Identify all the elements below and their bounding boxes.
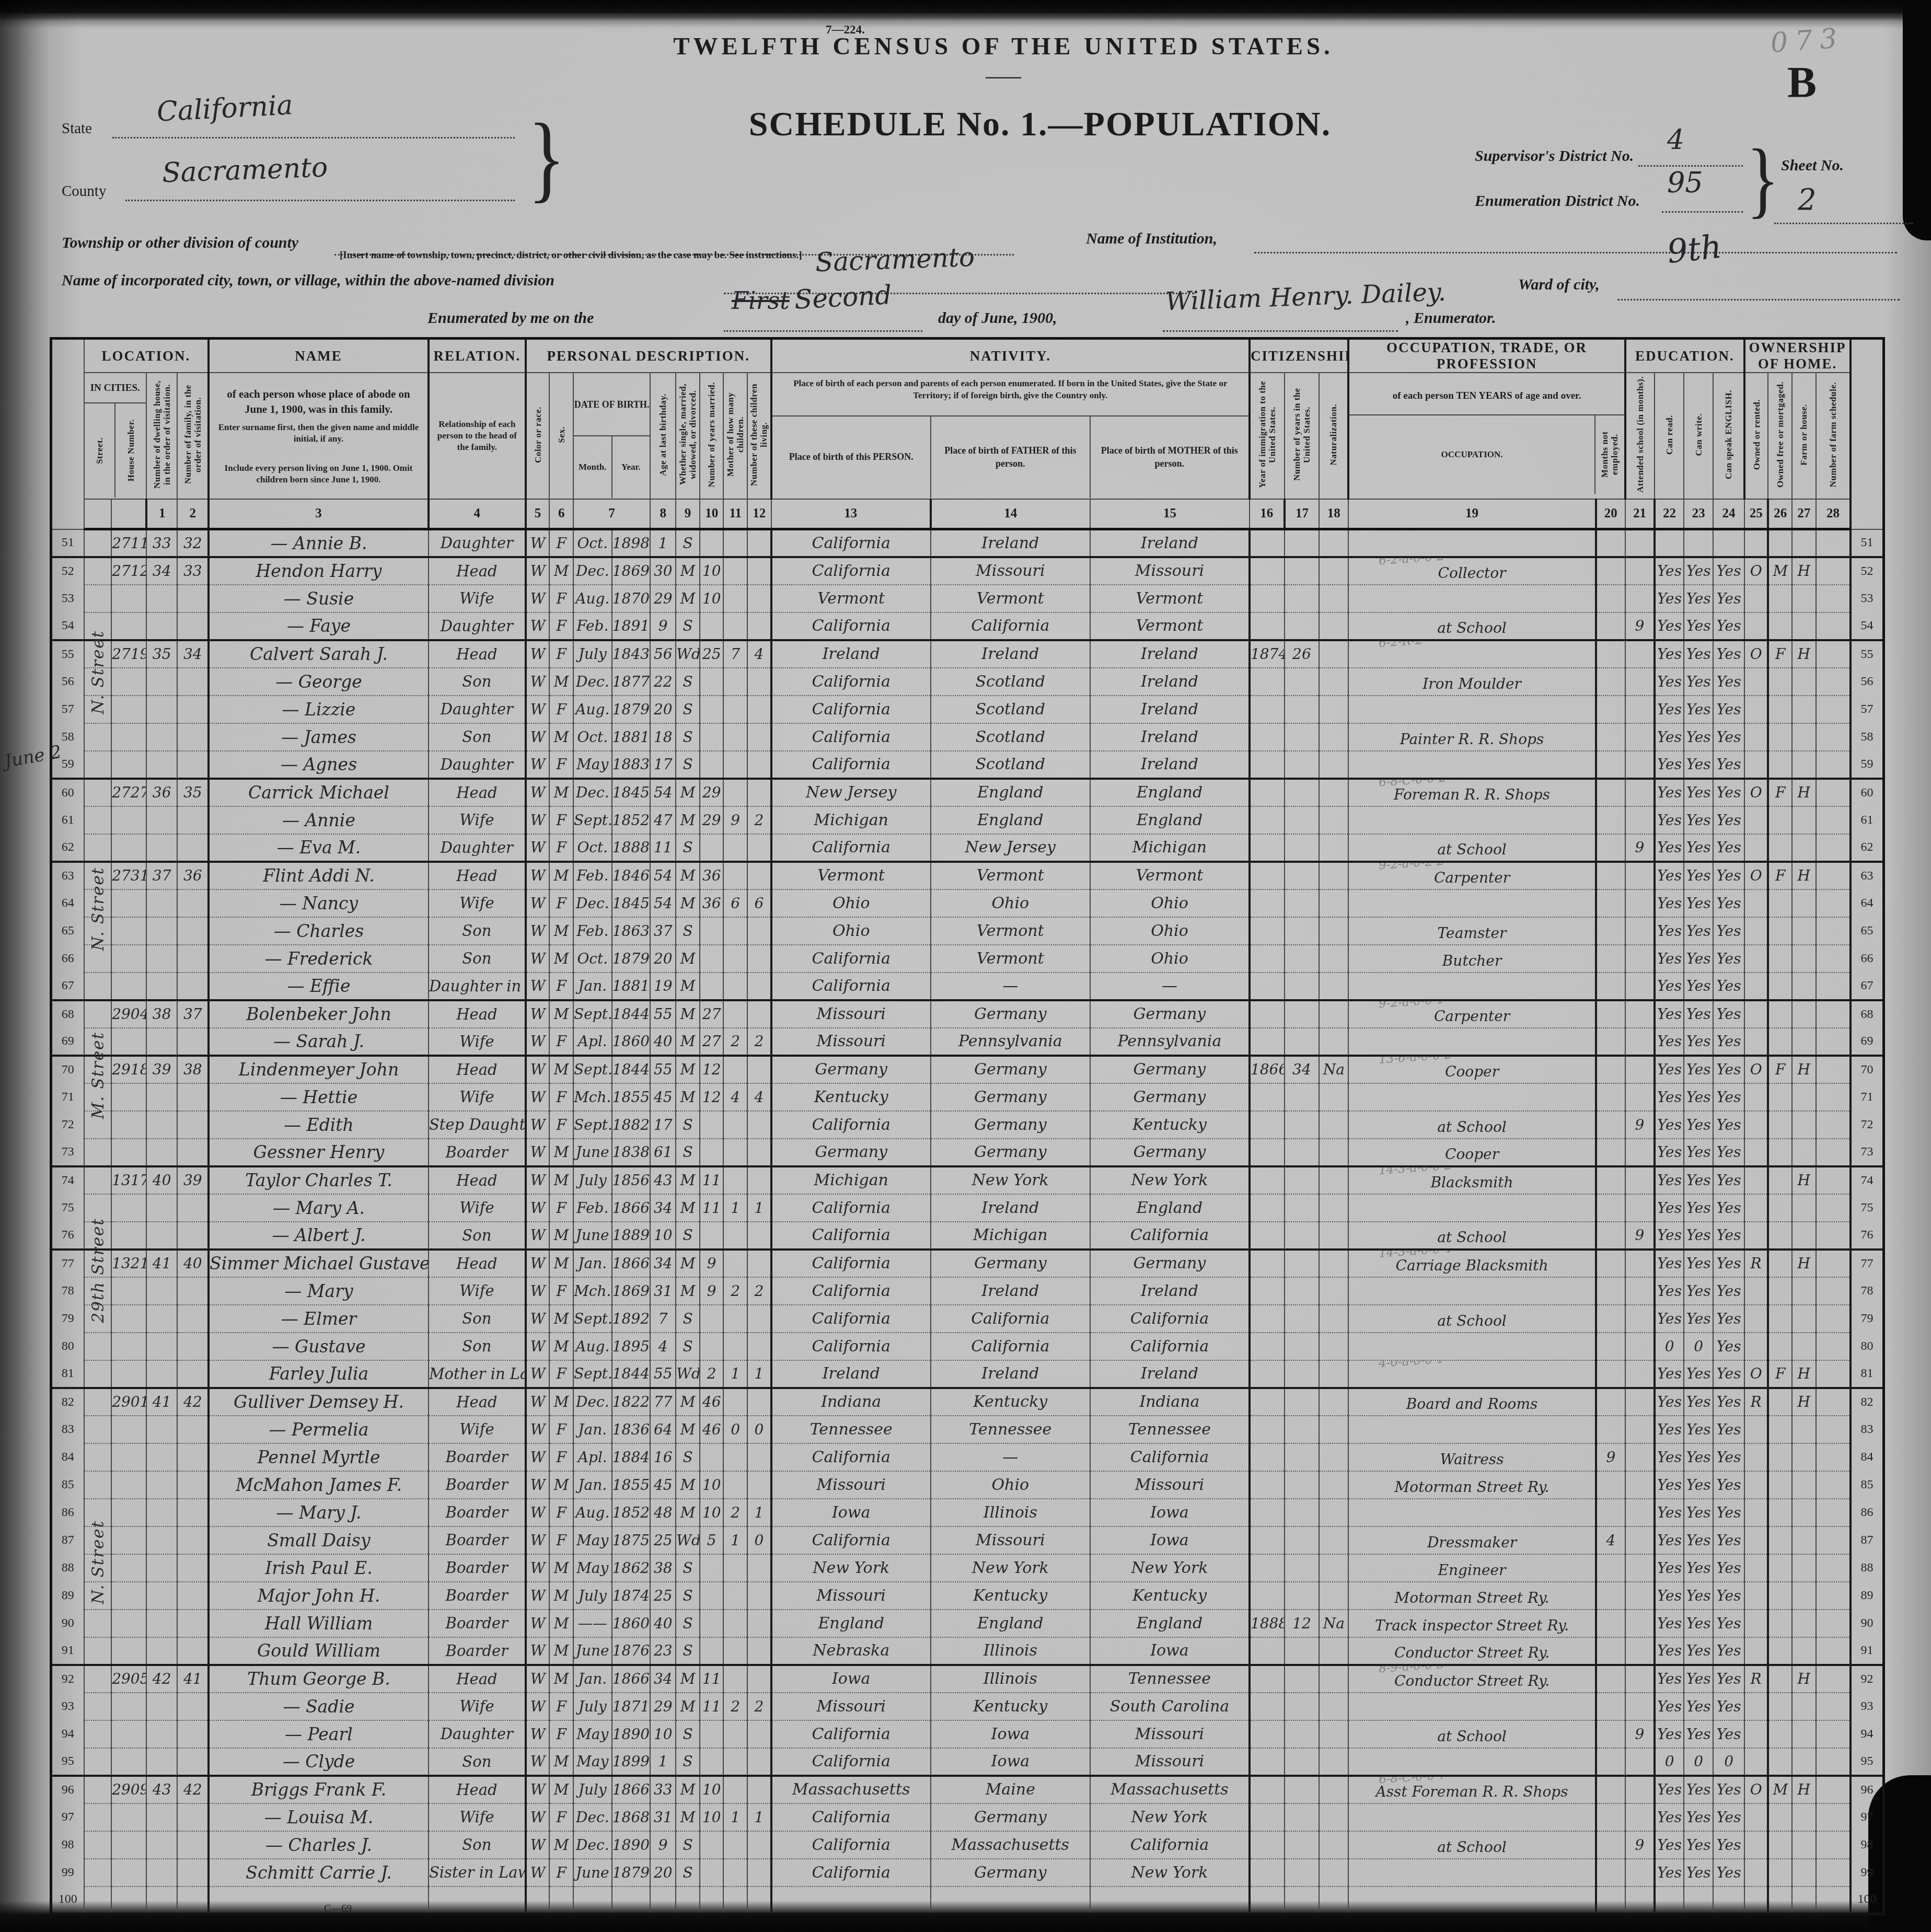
cell-naturalization bbox=[1319, 585, 1348, 612]
cell-occupation bbox=[1348, 973, 1595, 1000]
col-relation-desc: Relationship of each person to the head … bbox=[429, 373, 526, 499]
cell-pob-father: Illinois bbox=[931, 1665, 1090, 1693]
cell-imm-year bbox=[1250, 1305, 1285, 1333]
cell-owned-rented: R bbox=[1744, 1665, 1768, 1693]
cell-naturalization bbox=[1319, 917, 1348, 945]
cell-birth-year: 1868 bbox=[612, 1803, 651, 1831]
cell-birth-month: Apl. bbox=[573, 1443, 612, 1471]
col-farm-schedule: Number of farm schedule. bbox=[1816, 373, 1851, 499]
cell-years-us bbox=[1285, 612, 1320, 640]
cell-owned-rented bbox=[1744, 1443, 1768, 1471]
cell-mother-of bbox=[723, 1471, 747, 1499]
row-number: 88 bbox=[1851, 1554, 1883, 1582]
cell-farm-house bbox=[1792, 945, 1816, 973]
cell-school-months bbox=[1625, 1526, 1655, 1554]
cell-occupation bbox=[1348, 1859, 1595, 1887]
cell-months-not-employed bbox=[1596, 612, 1625, 640]
cell-imm-year bbox=[1250, 1554, 1285, 1582]
cell-family: 42 bbox=[177, 1388, 209, 1416]
enumerator-label: , Enumerator. bbox=[1406, 309, 1496, 327]
person-row: 69— Sarah J.WifeWFApl.186040M2722Missour… bbox=[51, 1028, 1884, 1056]
cell-age: 64 bbox=[650, 1416, 676, 1443]
cell-pob-person: Germany bbox=[771, 1056, 931, 1083]
city-label: Name of incorporated city, town, or vill… bbox=[62, 272, 554, 290]
cell-marital: S bbox=[676, 1720, 700, 1748]
pencil-code: 6-2-R-2 bbox=[1378, 640, 1423, 650]
cell-name: Small Daisy bbox=[209, 1526, 429, 1554]
cell-birth-year: 1856 bbox=[612, 1166, 651, 1194]
cell-relation: Son bbox=[429, 945, 526, 973]
cell-years-married bbox=[700, 612, 724, 640]
cell-sex: F bbox=[549, 1693, 573, 1720]
cell-pob-person: Nebraska bbox=[771, 1637, 931, 1665]
cell-pob-person: California bbox=[771, 557, 931, 585]
cell-birth-month: Sept. bbox=[573, 1056, 612, 1083]
cell-farm-schedule bbox=[1816, 1720, 1851, 1748]
cell-farm-house bbox=[1792, 1139, 1816, 1166]
cell-imm-year: 1888 bbox=[1250, 1610, 1285, 1637]
row-number: 59 bbox=[1851, 751, 1883, 779]
cell-mother-of bbox=[723, 723, 747, 751]
person-row: 73Gessner HenryBoarderWMJune183861SGerma… bbox=[51, 1139, 1884, 1166]
cell-street bbox=[84, 779, 112, 806]
cell-age: 43 bbox=[650, 1166, 676, 1194]
column-number: 26 bbox=[1768, 499, 1792, 529]
cell-children-living bbox=[747, 945, 771, 973]
row-number: 93 bbox=[1851, 1693, 1883, 1720]
cell-years-us bbox=[1285, 1693, 1320, 1720]
cell-house bbox=[111, 1360, 146, 1388]
cell-marital: Wd bbox=[676, 1360, 700, 1388]
cell-name: Pennel Myrtle bbox=[209, 1443, 429, 1471]
row-number: 81 bbox=[1851, 1360, 1883, 1388]
cell-name: — Hettie bbox=[209, 1083, 429, 1111]
cell-naturalization bbox=[1319, 557, 1348, 585]
cell-children-living bbox=[747, 1388, 771, 1416]
row-number: 89 bbox=[51, 1582, 84, 1610]
person-row: 66— FrederickSonWMOct.187920MCaliforniaV… bbox=[51, 945, 1884, 973]
cell-can-read: Yes bbox=[1655, 1582, 1684, 1610]
cell-occupation: at School bbox=[1348, 1222, 1595, 1250]
cell-can-english: Yes bbox=[1713, 1166, 1744, 1194]
cell-age: 1 bbox=[650, 529, 676, 557]
cell-can-english: Yes bbox=[1713, 1499, 1744, 1526]
cell-marital: S bbox=[676, 917, 700, 945]
cell-owned-rented bbox=[1744, 1083, 1768, 1111]
cell-owned-rented bbox=[1744, 1000, 1768, 1028]
cell-imm-year bbox=[1250, 529, 1285, 557]
cell-can-write: Yes bbox=[1684, 1416, 1713, 1443]
cell-age: 34 bbox=[650, 1250, 676, 1277]
cell-dwelling bbox=[146, 917, 178, 945]
cell-mother-of bbox=[723, 1443, 747, 1471]
cell-marital: M bbox=[676, 585, 700, 612]
cell-pob-person: Ohio bbox=[771, 917, 931, 945]
cell-color: W bbox=[526, 1859, 550, 1887]
person-row: 87Small DaisyBoarderWFMay187525Wd510Cali… bbox=[51, 1526, 1884, 1554]
cell-relation: Wife bbox=[429, 889, 526, 917]
row-number: 68 bbox=[1851, 1000, 1883, 1028]
row-number: 57 bbox=[1851, 696, 1883, 723]
cell-years-us bbox=[1285, 1443, 1320, 1471]
cell-pob-person: Missouri bbox=[771, 1000, 931, 1028]
cell-children-living: 0 bbox=[747, 1416, 771, 1443]
cell-can-english: Yes bbox=[1713, 1416, 1744, 1443]
cell-farm-house bbox=[1792, 1693, 1816, 1720]
group-nativity: NATIVITY. bbox=[771, 339, 1250, 373]
cell-sex: M bbox=[549, 1582, 573, 1610]
cell-relation: Head bbox=[429, 1250, 526, 1277]
cell-school-months bbox=[1625, 557, 1655, 585]
cell-color: W bbox=[526, 973, 550, 1000]
cell-house bbox=[111, 1526, 146, 1554]
cell-children-living: 0 bbox=[747, 1526, 771, 1554]
cell-pob-father: Ohio bbox=[931, 889, 1090, 917]
cell-can-english: Yes bbox=[1713, 1554, 1744, 1582]
cell-can-read: Yes bbox=[1655, 1194, 1684, 1222]
cell-street bbox=[84, 1748, 112, 1776]
cell-pob-mother: Germany bbox=[1090, 1139, 1250, 1166]
cell-dwelling: 38 bbox=[146, 1000, 178, 1028]
cell-family bbox=[177, 1859, 209, 1887]
cell-relation: Head bbox=[429, 862, 526, 889]
cell-family: 36 bbox=[177, 862, 209, 889]
cell-family bbox=[177, 1111, 209, 1139]
cell-occupation: Teamster bbox=[1348, 917, 1595, 945]
cell-dwelling: 33 bbox=[146, 529, 178, 557]
cell-months-not-employed bbox=[1596, 1166, 1625, 1194]
cell-farm-schedule bbox=[1816, 1554, 1851, 1582]
cell-months-not-employed bbox=[1596, 1388, 1625, 1416]
cell-owned-rented bbox=[1744, 1471, 1768, 1499]
cell-farm-house bbox=[1792, 1083, 1816, 1111]
cell-dwelling bbox=[146, 1803, 178, 1831]
cell-naturalization bbox=[1319, 1693, 1348, 1720]
cell-age: 18 bbox=[650, 723, 676, 751]
col-pob-father: Place of birth of FATHER of this person. bbox=[930, 417, 1089, 498]
cell-house bbox=[111, 806, 146, 834]
cell-can-write: 0 bbox=[1684, 1333, 1713, 1360]
cell-years-us bbox=[1285, 1111, 1320, 1139]
cell-years-married: 5 bbox=[700, 1526, 724, 1554]
cell-dwelling bbox=[146, 1360, 178, 1388]
cell-can-english: Yes bbox=[1713, 585, 1744, 612]
cell-years-married: 11 bbox=[700, 1665, 724, 1693]
cell-age: 55 bbox=[650, 1056, 676, 1083]
cell-years-married bbox=[700, 1887, 724, 1914]
cell-dwelling bbox=[146, 668, 178, 696]
row-number: 69 bbox=[51, 1028, 84, 1056]
cell-dwelling bbox=[146, 585, 178, 612]
cell-imm-year bbox=[1250, 1388, 1285, 1416]
row-number: 61 bbox=[51, 806, 84, 834]
cell-can-write: Yes bbox=[1684, 806, 1713, 834]
cell-can-write: Yes bbox=[1684, 1083, 1713, 1111]
cell-months-not-employed bbox=[1596, 889, 1625, 917]
cell-farm-house: H bbox=[1792, 1166, 1816, 1194]
cell-farm-house bbox=[1792, 612, 1816, 640]
cell-occupation: 4-0-a-0-0-1 bbox=[1348, 1360, 1595, 1388]
row-number: 95 bbox=[1851, 1748, 1883, 1776]
cell-children-living: 2 bbox=[747, 1028, 771, 1056]
person-row: 65— CharlesSonWMFeb.186337SOhioVermontOh… bbox=[51, 917, 1884, 945]
page-letter: B bbox=[1787, 57, 1817, 108]
cell-school-months bbox=[1625, 779, 1655, 806]
cell-school-months bbox=[1625, 1803, 1655, 1831]
cell-dwelling bbox=[146, 1443, 178, 1471]
row-number: 85 bbox=[1851, 1471, 1883, 1499]
cell-can-english: Yes bbox=[1713, 1471, 1744, 1499]
cell-birth-month: July bbox=[573, 1582, 612, 1610]
cell-can-read: Yes bbox=[1655, 806, 1684, 834]
cell-free-mortgaged bbox=[1768, 1637, 1792, 1665]
cell-pob-mother: England bbox=[1090, 1610, 1250, 1637]
cell-farm-schedule bbox=[1816, 1637, 1851, 1665]
col-age: Age at last birthday. bbox=[650, 373, 676, 499]
person-row: 7029183938Lindenmeyer JohnHeadWMSept.184… bbox=[51, 1056, 1884, 1083]
cell-birth-year: 1836 bbox=[612, 1416, 651, 1443]
cell-sex: M bbox=[549, 1388, 573, 1416]
cell-dwelling bbox=[146, 889, 178, 917]
cell-birth-year: 1879 bbox=[612, 1859, 651, 1887]
cell-free-mortgaged: F bbox=[1768, 779, 1792, 806]
cell-can-english: Yes bbox=[1713, 612, 1744, 640]
cell-can-read: Yes bbox=[1655, 1526, 1684, 1554]
cell-pob-father: — bbox=[931, 1443, 1090, 1471]
cell-occupation bbox=[1348, 1194, 1595, 1222]
row-number: 68 bbox=[51, 1000, 84, 1028]
row-number: 84 bbox=[51, 1443, 84, 1471]
cell-children-living bbox=[747, 1859, 771, 1887]
cell-naturalization bbox=[1319, 1748, 1348, 1776]
cell-pob-mother: California bbox=[1090, 1443, 1250, 1471]
cell-farm-house: H bbox=[1792, 1250, 1816, 1277]
cell-free-mortgaged bbox=[1768, 1166, 1792, 1194]
cell-pob-father: California bbox=[931, 1305, 1090, 1333]
ward-line bbox=[1617, 286, 1900, 300]
cell-occupation: at School bbox=[1348, 834, 1595, 862]
cell-street bbox=[84, 1859, 112, 1887]
cell-free-mortgaged bbox=[1768, 1803, 1792, 1831]
cell-can-write: Yes bbox=[1684, 834, 1713, 862]
cell-marital: M bbox=[676, 1028, 700, 1056]
cell-dwelling: 35 bbox=[146, 640, 178, 668]
cell-pob-mother: England bbox=[1090, 1194, 1250, 1222]
cell-owned-rented: R bbox=[1744, 1388, 1768, 1416]
cell-dwelling bbox=[146, 1111, 178, 1139]
cell-relation: Boarder bbox=[429, 1526, 526, 1554]
cell-months-not-employed bbox=[1596, 1056, 1625, 1083]
cell-years-us bbox=[1285, 1388, 1320, 1416]
cell-free-mortgaged bbox=[1768, 834, 1792, 862]
cell-occupation: at School bbox=[1348, 1111, 1595, 1139]
cell-street bbox=[84, 1831, 112, 1859]
cell-farm-house bbox=[1792, 1028, 1816, 1056]
township-label: Township or other division of county bbox=[62, 234, 298, 252]
cell-color: W bbox=[526, 1471, 550, 1499]
institution-label: Name of Institution, bbox=[1086, 230, 1217, 248]
cell-naturalization bbox=[1319, 834, 1348, 862]
cell-birth-year: 1863 bbox=[612, 917, 651, 945]
cell-family bbox=[177, 1693, 209, 1720]
cell-can-read: Yes bbox=[1655, 585, 1684, 612]
cell-marital: M bbox=[676, 1277, 700, 1305]
cell-occupation bbox=[1348, 585, 1595, 612]
cell-dwelling: 42 bbox=[146, 1665, 178, 1693]
cell-age: 25 bbox=[650, 1526, 676, 1554]
cell-pob-father: Ireland bbox=[931, 1277, 1090, 1305]
cell-occupation bbox=[1348, 806, 1595, 834]
cell-owned-rented bbox=[1744, 1111, 1768, 1139]
cell-pob-person: California bbox=[771, 1333, 931, 1360]
cell-can-read: Yes bbox=[1655, 1305, 1684, 1333]
cell-house bbox=[111, 723, 146, 751]
cell-occupation: 14-3-a-0-0-4Carriage Blacksmith bbox=[1348, 1250, 1595, 1277]
cell-can-english: Yes bbox=[1713, 668, 1744, 696]
cell-pob-person: California bbox=[771, 1222, 931, 1250]
cell-years-us bbox=[1285, 1526, 1320, 1554]
cell-age: 56 bbox=[650, 640, 676, 668]
cell-dwelling bbox=[146, 806, 178, 834]
cell-mother-of bbox=[723, 1554, 747, 1582]
cell-school-months bbox=[1625, 1776, 1655, 1803]
cell-name: Thum George B. bbox=[209, 1665, 429, 1693]
cell-farm-house bbox=[1792, 1443, 1816, 1471]
cell-pob-father: Ireland bbox=[931, 1360, 1090, 1388]
cell-mother-of bbox=[723, 1139, 747, 1166]
cell-can-read: Yes bbox=[1655, 640, 1684, 668]
cell-marital: S bbox=[676, 1582, 700, 1610]
cell-pob-father: New Jersey bbox=[931, 834, 1090, 862]
cell-can-english: Yes bbox=[1713, 1803, 1744, 1831]
cell-farm-schedule bbox=[1816, 1776, 1851, 1803]
cell-farm-house bbox=[1792, 917, 1816, 945]
cell-birth-month: Aug. bbox=[573, 1499, 612, 1526]
cell-months-not-employed bbox=[1596, 1305, 1625, 1333]
cell-can-english: Yes bbox=[1713, 1111, 1744, 1139]
cell-school-months bbox=[1625, 1748, 1655, 1776]
cell-owned-rented bbox=[1744, 751, 1768, 779]
row-number: 80 bbox=[1851, 1333, 1883, 1360]
cell-mother-of bbox=[723, 557, 747, 585]
cell-pob-father: Germany bbox=[931, 1111, 1090, 1139]
row-number: 51 bbox=[51, 529, 84, 557]
cell-marital: S bbox=[676, 1333, 700, 1360]
row-number: 54 bbox=[1851, 612, 1883, 640]
cell-naturalization: Na bbox=[1319, 1056, 1348, 1083]
cell-occupation: Dressmaker bbox=[1348, 1526, 1595, 1554]
column-number: 17 bbox=[1285, 499, 1320, 529]
cell-pob-person bbox=[771, 1887, 931, 1914]
cell-family: 39 bbox=[177, 1166, 209, 1194]
cell-marital: S bbox=[676, 723, 700, 751]
person-row: 6829043837Bolenbeker JohnHeadWMSept.1844… bbox=[51, 1000, 1884, 1028]
cell-owned-rented bbox=[1744, 1720, 1768, 1748]
cell-marital: S bbox=[676, 1859, 700, 1887]
cell-age: 10 bbox=[650, 1720, 676, 1748]
row-number: 78 bbox=[51, 1277, 84, 1305]
cell-dwelling: 34 bbox=[146, 557, 178, 585]
cell-occupation bbox=[1348, 1748, 1595, 1776]
cell-birth-year: 1890 bbox=[612, 1720, 651, 1748]
cell-pob-mother: Ireland bbox=[1090, 640, 1250, 668]
cell-marital: M bbox=[676, 1693, 700, 1720]
day-line bbox=[724, 320, 922, 332]
cell-birth-month: Sept. bbox=[573, 1111, 612, 1139]
cell-pob-mother: Tennessee bbox=[1090, 1416, 1250, 1443]
cell-sex: M bbox=[549, 1056, 573, 1083]
cell-pob-mother: Iowa bbox=[1090, 1499, 1250, 1526]
cell-imm-year bbox=[1250, 1222, 1285, 1250]
cell-sex: M bbox=[549, 1665, 573, 1693]
person-row: 86— Mary J.BoarderWFAug.185248M1021IowaI… bbox=[51, 1499, 1884, 1526]
cell-name: — Mary A. bbox=[209, 1194, 429, 1222]
cell-farm-house bbox=[1792, 1748, 1816, 1776]
cell-naturalization bbox=[1319, 1554, 1348, 1582]
cell-pob-person: Ireland bbox=[771, 640, 931, 668]
cell-name: — Pearl bbox=[209, 1720, 429, 1748]
cell-imm-year bbox=[1250, 1277, 1285, 1305]
cell-age: 9 bbox=[650, 612, 676, 640]
cell-mother-of bbox=[723, 1665, 747, 1693]
cell-occupation bbox=[1348, 1277, 1595, 1305]
cell-marital: M bbox=[676, 1471, 700, 1499]
cell-months-not-employed bbox=[1596, 696, 1625, 723]
cell-can-write: Yes bbox=[1684, 1471, 1713, 1499]
cell-months-not-employed bbox=[1596, 1277, 1625, 1305]
cell-family bbox=[177, 1637, 209, 1665]
cell-imm-year bbox=[1250, 1028, 1285, 1056]
cell-pob-person: Michigan bbox=[771, 1166, 931, 1194]
cell-can-write bbox=[1684, 529, 1713, 557]
cell-pob-father bbox=[931, 1887, 1090, 1914]
cell-pob-mother: Massachusetts bbox=[1090, 1776, 1250, 1803]
cell-can-read: Yes bbox=[1655, 1665, 1684, 1693]
cell-can-write: Yes bbox=[1684, 612, 1713, 640]
person-row: 62— Eva M.DaughterWFOct.188811SCaliforni… bbox=[51, 834, 1884, 862]
cell-birth-month: June bbox=[573, 1637, 612, 1665]
cell-dwelling bbox=[146, 612, 178, 640]
cell-owned-rented bbox=[1744, 1554, 1768, 1582]
cell-can-read: Yes bbox=[1655, 1499, 1684, 1526]
person-row: 67— EffieDaughter in lawWFJan.188119MCal… bbox=[51, 973, 1884, 1000]
cell-color: W bbox=[526, 723, 550, 751]
cell-school-months bbox=[1625, 529, 1655, 557]
cell-imm-year bbox=[1250, 1748, 1285, 1776]
column-header-row: IN CITIES. Street. House Number. Number … bbox=[51, 373, 1884, 499]
cell-name: Major John H. bbox=[209, 1582, 429, 1610]
cell-pob-father: Germany bbox=[931, 1083, 1090, 1111]
cell-years-us bbox=[1285, 1499, 1320, 1526]
col-date-of-birth: DATE OF BIRTH. Month.Year. bbox=[573, 373, 650, 499]
cell-pob-person: New Jersey bbox=[771, 779, 931, 806]
institution-line bbox=[1254, 239, 1897, 253]
cell-age: 9 bbox=[650, 1831, 676, 1859]
cell-farm-house bbox=[1792, 1333, 1816, 1360]
cell-pob-person: Massachusetts bbox=[771, 1776, 931, 1803]
cell-farm-schedule bbox=[1816, 1000, 1851, 1028]
cell-children-living bbox=[747, 1222, 771, 1250]
cell-farm-house: H bbox=[1792, 1776, 1816, 1803]
cell-years-married bbox=[700, 1720, 724, 1748]
cell-can-english: Yes bbox=[1713, 779, 1744, 806]
group-header-row: LOCATION. NAME RELATION. PERSONAL DESCRI… bbox=[51, 339, 1884, 373]
cell-name: Gulliver Demsey H. bbox=[209, 1388, 429, 1416]
cell-months-not-employed bbox=[1596, 1499, 1625, 1526]
cell-pob-father: Tennessee bbox=[931, 1416, 1090, 1443]
cell-birth-year: 1883 bbox=[612, 751, 651, 779]
cell-free-mortgaged bbox=[1768, 1250, 1792, 1277]
